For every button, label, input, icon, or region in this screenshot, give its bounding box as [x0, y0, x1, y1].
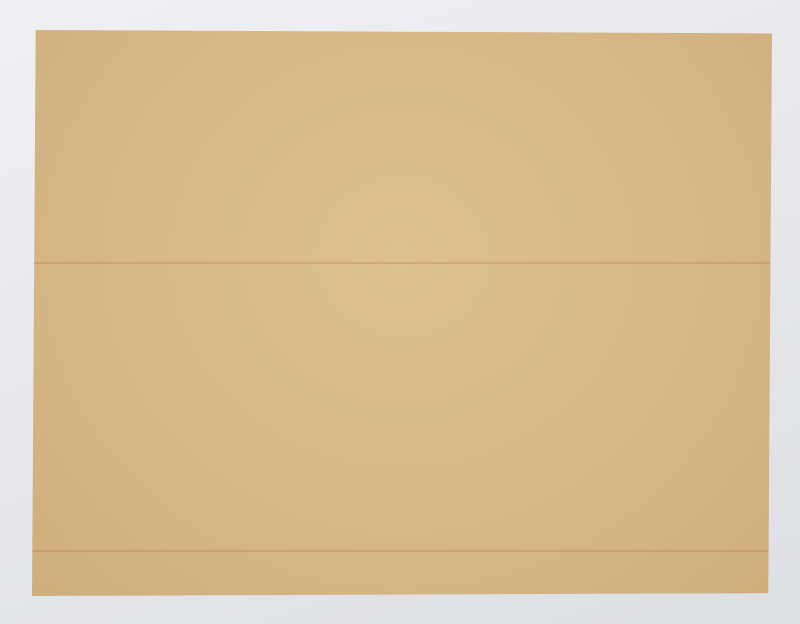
- rule-line-top: [32, 262, 772, 264]
- rule-line-bottom: [32, 550, 772, 552]
- paper-sheet: [32, 30, 772, 596]
